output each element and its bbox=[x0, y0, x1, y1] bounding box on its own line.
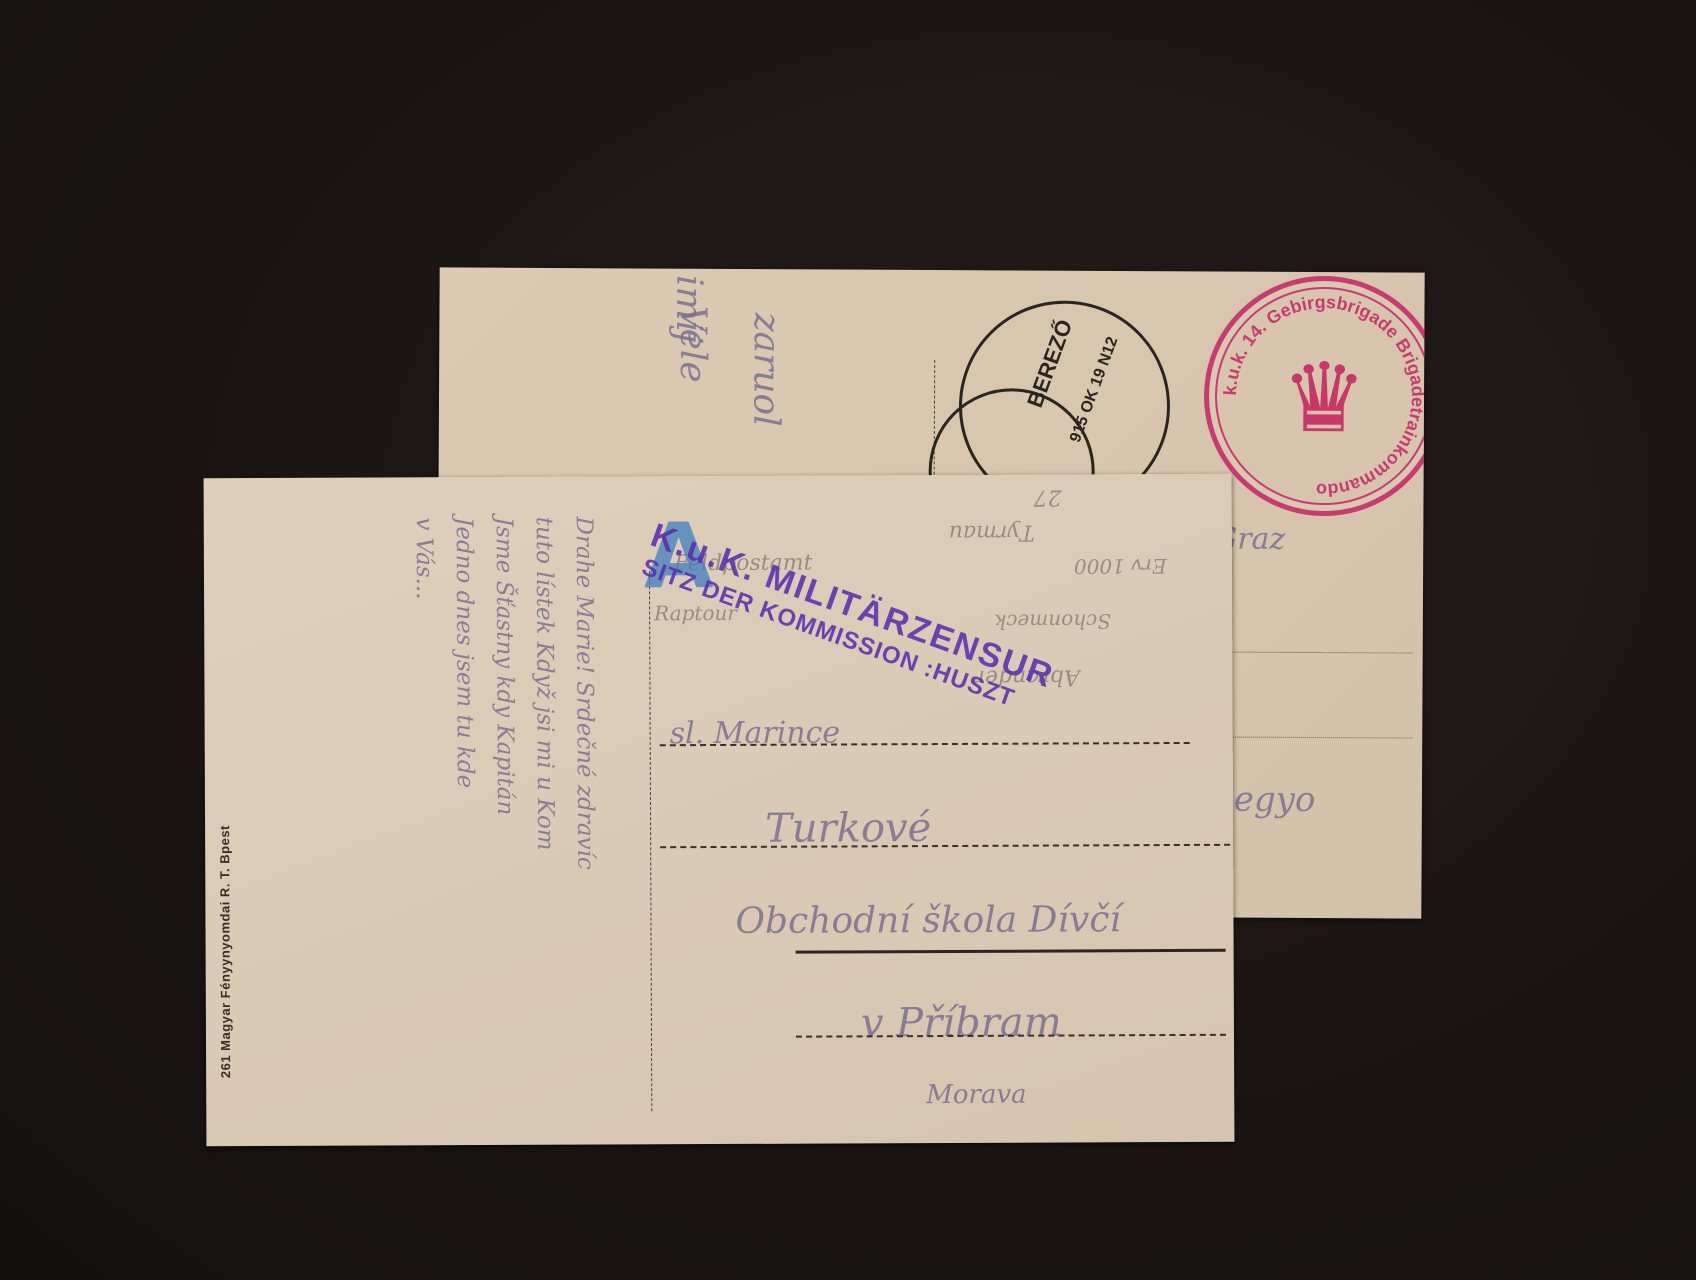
pencil-note-3: 27 bbox=[1034, 485, 1062, 510]
pencil-note-6: Schonmeck bbox=[994, 609, 1111, 634]
address-rule-solid bbox=[796, 949, 1226, 954]
address-line-5: Morava bbox=[926, 1080, 1027, 1110]
address-line bbox=[1202, 736, 1412, 738]
message-line: tuto lístek Když jsi mi u Kom bbox=[524, 517, 566, 870]
address-line bbox=[1203, 651, 1413, 653]
handwriting-3: imij bbox=[668, 275, 709, 344]
red-seal-stamp: k.u.k. 14. Gebirgsbrigade Brigadetrainko… bbox=[1203, 275, 1424, 516]
printer-imprint: 261 Magyar Fényynyomdai R. T. Bpest bbox=[217, 825, 233, 1078]
message-line: v Vás... bbox=[404, 517, 446, 870]
address-line-3: Obchodní škola Dívčí bbox=[735, 899, 1121, 942]
message-text: Drahe Marie! Srdečné zdravíc tuto lístek… bbox=[404, 517, 606, 871]
address-line-4: v Příbram bbox=[861, 1000, 1062, 1047]
message-line: Jedno dnes jsem tu kde bbox=[444, 517, 486, 870]
double-eagle-icon: ♛ bbox=[1269, 343, 1380, 454]
message-line: Drahe Marie! Srdečné zdravíc bbox=[564, 517, 606, 870]
front-postcard: 261 Magyar Fényynyomdai R. T. Bpest Drah… bbox=[204, 474, 1235, 1146]
address-rule bbox=[660, 844, 1230, 848]
pencil-note-4: Tyrmau bbox=[949, 520, 1035, 545]
pencil-note-5: Erv 1000 bbox=[1074, 554, 1167, 578]
divider-line bbox=[649, 571, 652, 1111]
handwriting-2: zaruol bbox=[745, 313, 787, 427]
message-line: Jsme Šťastny kdy Kapitán bbox=[484, 517, 526, 870]
